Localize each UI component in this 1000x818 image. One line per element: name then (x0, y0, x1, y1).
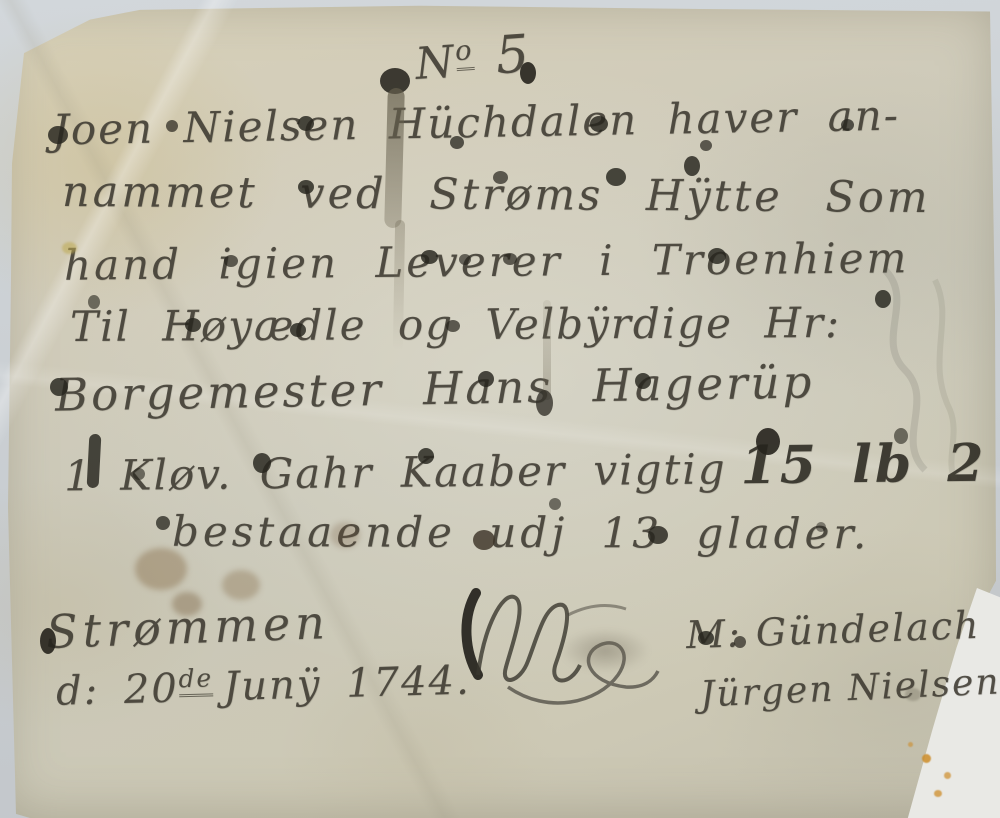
ink-blot (185, 318, 201, 332)
ink-blot (756, 428, 780, 455)
ink-blot (48, 126, 68, 144)
date-prefix: d: 20 (55, 666, 179, 715)
ink-blot (606, 168, 626, 186)
ink-blot (684, 156, 700, 176)
ink-blot (648, 526, 668, 544)
manuscript-line-3: hand igien Leverer i Troenhiem (64, 233, 910, 289)
document-number-letter: N (414, 36, 458, 90)
ink-blot (50, 378, 68, 396)
date-month-year: Junÿ 1744. (223, 658, 472, 710)
ink-blot (133, 468, 145, 480)
foxing-stain (62, 242, 77, 254)
foxing-stain (222, 570, 260, 600)
document-number: No5 (413, 24, 533, 92)
ink-blot (698, 631, 714, 645)
ink-blot (478, 371, 494, 387)
ink-smudge-under-monogram (560, 628, 650, 673)
ink-streak-2-blob (536, 390, 553, 416)
ink-blot (224, 255, 238, 267)
ink-blot (298, 116, 314, 131)
ink-blot (88, 295, 100, 309)
ink-blot (253, 453, 271, 473)
foxing-stain (330, 522, 360, 548)
contents-line: bestaaende udj 13 glader. (172, 507, 870, 558)
ink-blot (493, 171, 508, 184)
orange-speck (944, 772, 951, 779)
document-number-ordinal: o (454, 35, 475, 71)
ink-blot (816, 522, 826, 532)
ink-blot (450, 136, 464, 149)
ink-blot (298, 180, 314, 194)
foxing-stain (135, 548, 187, 590)
ink-blot (473, 530, 495, 550)
amount-description: 1 Kløv. Gahr Kaaber vigtig (64, 444, 727, 500)
ink-blot (520, 62, 536, 84)
ink-blot (734, 636, 746, 648)
ink-blot (459, 254, 471, 265)
ink-blot (708, 248, 726, 264)
ink-blot (156, 516, 170, 530)
ink-blot (549, 498, 561, 510)
foxing-stain (172, 592, 202, 616)
ink-blot (421, 250, 438, 264)
ink-blot (841, 119, 854, 131)
orange-speck (908, 742, 913, 747)
ink-streak-2 (543, 300, 551, 400)
ink-blot (40, 628, 56, 654)
ink-blot (290, 323, 306, 337)
gray-spot (905, 688, 921, 701)
manuscript-photo: No5 Joen Nielsen Hüchdalen haver an- nam… (0, 0, 1000, 818)
ink-blot (700, 140, 712, 151)
ink-blot (166, 120, 178, 132)
ink-blot (503, 253, 517, 265)
date-ordinal-suffix: de (178, 663, 213, 697)
orange-speck (922, 754, 931, 763)
ink-blot (590, 116, 608, 132)
ink-blot (635, 373, 651, 389)
ink-blot (446, 320, 460, 332)
ghost-writing-showthrough (855, 260, 985, 490)
ink-blot (418, 448, 434, 464)
orange-speck (934, 790, 942, 797)
